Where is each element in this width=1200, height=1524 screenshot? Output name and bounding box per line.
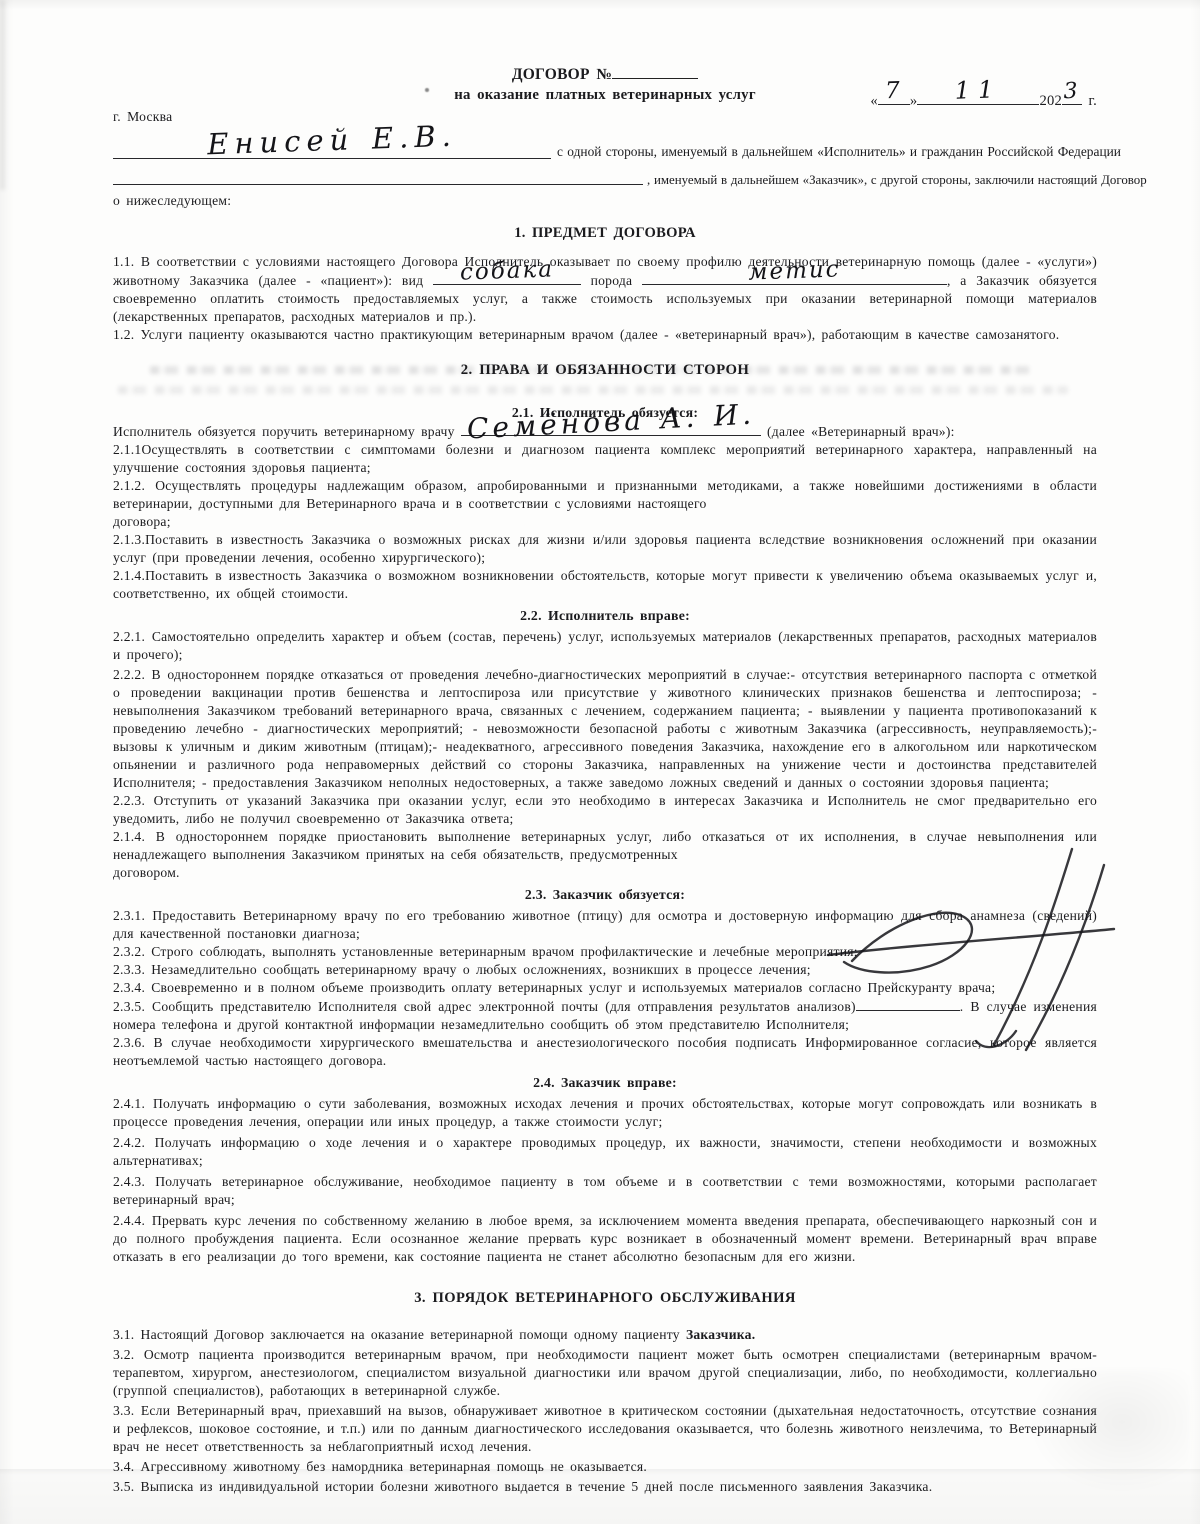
section-2-4-heading: 2.4. Заказчик вправе: — [113, 1074, 1097, 1092]
clause-2-1-2-text: 2.1.2. Осуществлять процедуры надлежащим… — [113, 478, 1097, 511]
contract-date: «7»112023 г. — [870, 91, 1097, 110]
clause-2-4-1: 2.4.1. Получать информацию о сути заболе… — [113, 1095, 1097, 1131]
clause-2-1-4-bis: 2.1.4. В одностороннем порядке приостано… — [113, 828, 1097, 882]
clause-2-3-3: 2.3.3. Незамедлительно сообщать ветерина… — [113, 961, 1097, 979]
animal-kind-handwritten: собака — [433, 257, 582, 285]
vet-name-blank: Семёнова А. И. — [461, 422, 761, 436]
clause-2-1-3: 2.1.3.Поставить в известность Заказчика … — [113, 531, 1097, 567]
date-month-handwritten: 11 — [917, 76, 1040, 104]
clause-2-1-1: 2.1.1Осуществлять в соответствии с симпт… — [113, 441, 1097, 477]
document-title-text: ДОГОВОР № — [512, 66, 612, 83]
clause-3-4: 3.4. Агрессивному животному без намордни… — [113, 1458, 1097, 1476]
contract-number-blank — [612, 65, 698, 79]
clause-3-3: 3.3. Если Ветеринарный врач, приехавший … — [113, 1402, 1097, 1456]
clause-2-1-lead-text-2: (далее «Ветеринарный врач»): — [767, 424, 955, 439]
clause-2-3-1: 2.3.1. Предоставить Ветеринарному врачу … — [113, 907, 1097, 943]
clause-2-3-6: 2.3.6. В случае необходимости хирургичес… — [113, 1034, 1097, 1070]
section-1-heading: 1. ПРЕДМЕТ ДОГОВОРА — [113, 224, 1097, 242]
preamble-line-2: , именуемый в дальнейшем «Заказчик», с д… — [647, 171, 1097, 189]
animal-breed-blank: метис — [642, 271, 947, 285]
executor-name-line: Енисей Е.В. с одной стороны, именуемый в… — [113, 126, 1097, 166]
clause-2-1-4-bis-text: 2.1.4. В одностороннем порядке приостано… — [113, 829, 1097, 862]
clause-1-1: 1.1. В соответствии с условиями настояще… — [113, 253, 1097, 326]
clause-2-2-1: 2.2.1. Самостоятельно определить характе… — [113, 628, 1097, 664]
clause-3-2: 3.2. Осмотр пациента производится ветери… — [113, 1346, 1097, 1400]
clause-2-3-2: 2.3.2. Строго соблюдать, выполнять устан… — [113, 943, 1097, 961]
date-suffix: г. — [1089, 93, 1098, 109]
section-3-heading: 3. ПОРЯДОК ВЕТЕРИНАРНОГО ОБСЛУЖИВАНИЯ — [113, 1289, 1097, 1307]
clause-2-4-4: 2.4.4. Прервать курс лечения по собствен… — [113, 1212, 1097, 1266]
clause-2-1-lead: Исполнитель обязуется поручить ветеринар… — [113, 422, 1097, 441]
clause-3-5: 3.5. Выписка из индивидуальной истории б… — [113, 1478, 1097, 1496]
date-day-blank: 7 — [878, 91, 910, 105]
clause-2-1-lead-text: Исполнитель обязуется поручить ветеринар… — [113, 424, 455, 439]
clause-2-1-2: 2.1.2. Осуществлять процедуры надлежащим… — [113, 477, 1097, 531]
document-header: ДОГОВОР № на оказание платных ветеринарн… — [113, 64, 1097, 106]
clause-2-2-2: 2.2.2. В одностороннем порядке отказатьс… — [113, 666, 1097, 792]
clause-3-1: 3.1. Настоящий Договор заключается на ок… — [113, 1326, 1097, 1344]
clause-2-4-2: 2.4.2. Получать информацию о ходе лечени… — [113, 1134, 1097, 1170]
date-day-handwritten: 7 — [878, 79, 911, 103]
date-quote-open: « — [870, 93, 878, 109]
date-year-handwritten: 3 — [1062, 81, 1083, 104]
animal-kind-blank: собака — [433, 271, 581, 285]
preamble-closing: о нижеследующем: — [113, 192, 1097, 210]
date-year-blank: 3 — [1062, 91, 1082, 105]
clause-3-1-bold: Заказчика. — [686, 1327, 755, 1342]
executor-name-blank: Енисей Е.В. — [113, 145, 551, 159]
date-month-blank: 11 — [917, 91, 1039, 105]
clause-2-1-4-bis-text-2: договором. — [113, 865, 180, 880]
contract-page: ДОГОВОР № на оказание платных ветеринарн… — [0, 0, 1200, 1524]
section-2-heading: 2. ПРАВА И ОБЯЗАННОСТИ СТОРОН — [113, 361, 1097, 379]
clause-2-3-4: 2.3.4. Своевременно и в полном объеме пр… — [113, 979, 1097, 997]
preamble-line-1: с одной стороны, именуемый в дальнейшем … — [557, 143, 1097, 161]
clause-2-3-5: 2.3.5. Сообщить представителю Исполнител… — [113, 997, 1097, 1034]
clause-1-2: 1.2. Услуги пациенту оказываются частно … — [113, 326, 1097, 344]
clause-2-4-3: 2.4.3. Получать ветеринарное обслуживани… — [113, 1173, 1097, 1209]
customer-name-blank — [113, 171, 643, 185]
email-blank-field — [856, 997, 960, 1011]
clause-3-1-text: 3.1. Настоящий Договор заключается на ок… — [113, 1327, 686, 1342]
clause-2-1-2-text-2: договора; — [113, 514, 171, 529]
section-2-2-heading: 2.2. Исполнитель вправе: — [113, 607, 1097, 625]
clause-2-2-3: 2.2.3. Отступить от указаний Заказчика п… — [113, 792, 1097, 828]
customer-name-line: , именуемый в дальнейшем «Заказчик», с д… — [113, 166, 1097, 192]
clause-2-3-5-text: 2.3.5. Сообщить представителю Исполнител… — [113, 999, 856, 1014]
date-year-printed: 202 — [1039, 93, 1062, 109]
section-2-3-heading: 2.3. Заказчик обязуется: — [113, 886, 1097, 904]
clause-2-1-4: 2.1.4.Поставить в известность Заказчика … — [113, 567, 1097, 603]
clause-1-1-mid: порода — [591, 273, 633, 288]
scan-artifact-edge — [0, 0, 5, 190]
city-label: г. Москва — [113, 108, 1097, 126]
